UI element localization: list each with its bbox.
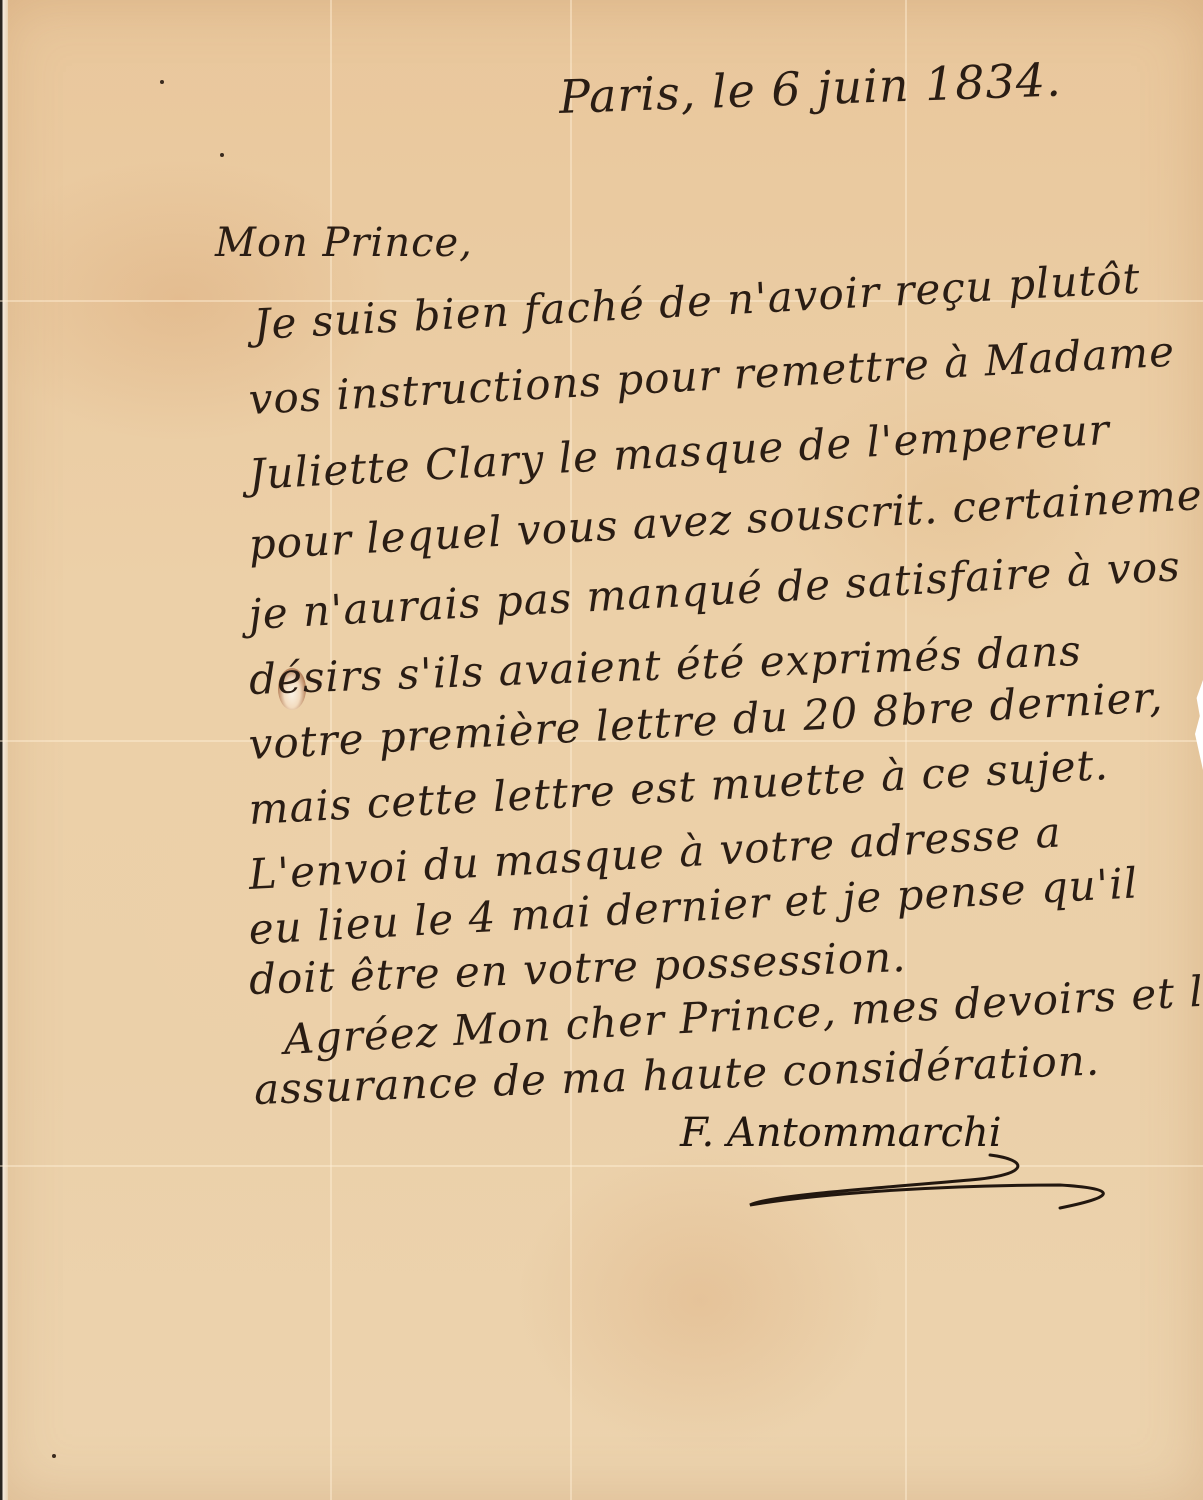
signature-flourish: [730, 1150, 1130, 1210]
paper-speck: [52, 1454, 56, 1458]
torn-edge: [1187, 680, 1203, 770]
letter-sheet: Paris, le 6 juin 1834. Mon Prince, Je su…: [0, 0, 1203, 1500]
salutation: Mon Prince,: [215, 220, 473, 266]
paper-speck: [160, 80, 164, 84]
paper-speck: [220, 153, 224, 157]
dateline: Paris, le 6 juin 1834.: [558, 52, 1062, 124]
paper-left-edge: [0, 0, 8, 1500]
